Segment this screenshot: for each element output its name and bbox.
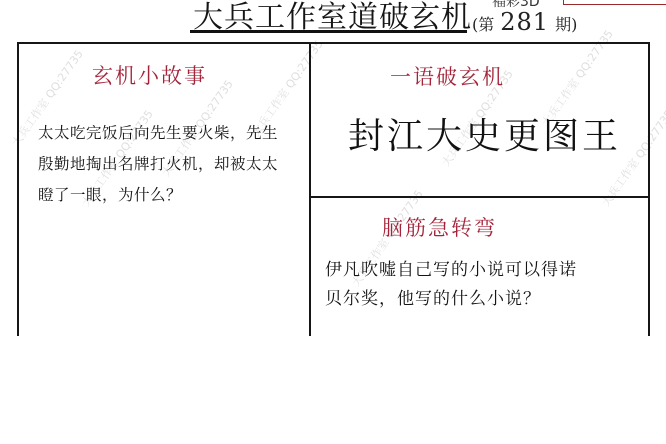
- frame-right-border: [648, 42, 650, 336]
- title-underline: [190, 30, 467, 33]
- story-line: 瞪了一眼，为什么？: [38, 180, 306, 211]
- frame-top-border: [17, 42, 650, 44]
- story-line: 太太吃完饭后向先生要火柴，先生: [38, 118, 306, 149]
- issue-value: 281: [500, 8, 549, 36]
- issue-suffix: 期): [555, 15, 577, 34]
- question-line: 贝尔奖，他写的什么小说？: [325, 285, 645, 314]
- story-heading: 玄机小故事: [92, 60, 207, 90]
- issue-number: (第281期): [472, 8, 577, 36]
- brain-teaser-heading: 脑筋急转弯: [382, 212, 497, 242]
- story-line: 殷勤地掏出名牌打火机，却被太太: [38, 149, 306, 180]
- right-column-divider: [310, 196, 649, 198]
- frame-left-border: [17, 42, 19, 336]
- frame-middle-divider: [309, 42, 311, 336]
- issue-prefix: (第: [472, 15, 494, 34]
- question-line: 伊凡吹嘘自己写的小说可以得诺: [325, 256, 645, 285]
- riddle-text: 封江大史更图王: [348, 108, 621, 159]
- story-text: 太太吃完饭后向先生要火柴，先生 殷勤地掏出名牌打火机，却被太太 瞪了一眼，为什么…: [38, 118, 306, 211]
- brain-teaser-text: 伊凡吹嘘自己写的小说可以得诺 贝尔奖，他写的什么小说？: [325, 256, 645, 314]
- riddle-heading: 一语破玄机: [390, 61, 505, 91]
- red-outline-box: [563, 0, 666, 5]
